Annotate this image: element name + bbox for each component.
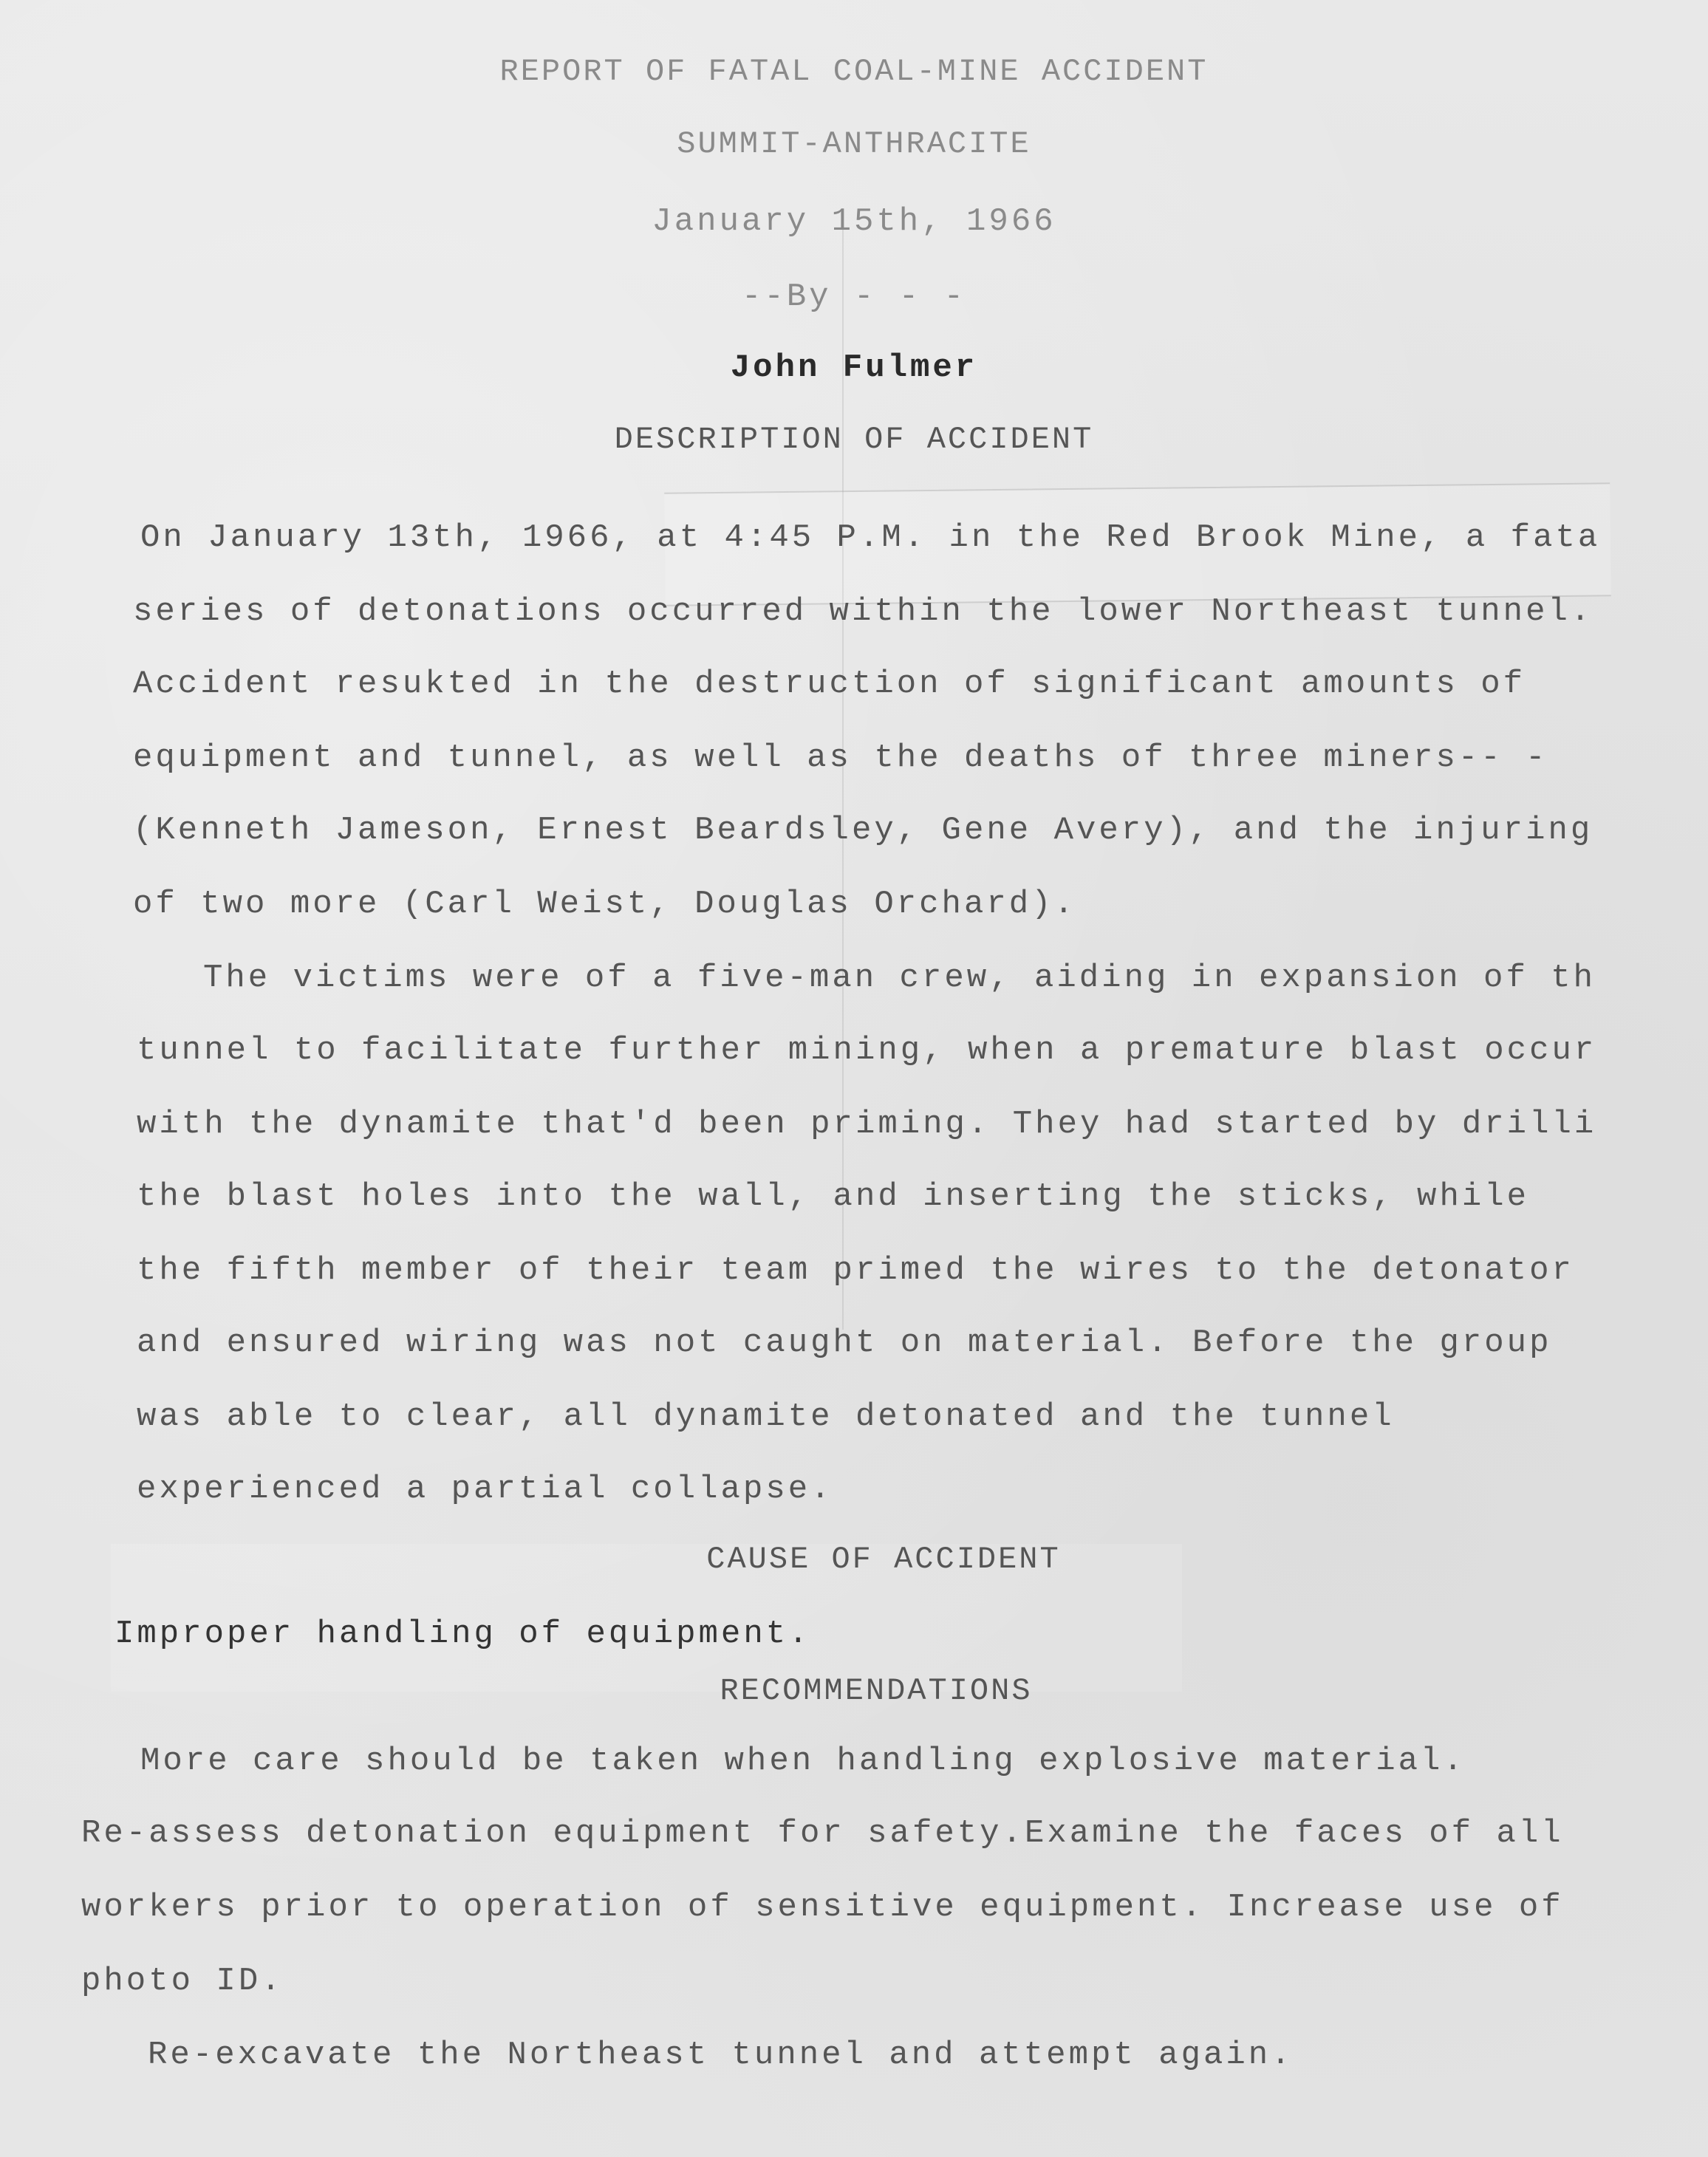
cause-text: Improper handling of equipment.	[115, 1618, 811, 1650]
company-name: SUMMIT-ANTHRACITE	[0, 129, 1708, 160]
body-line: Accident resukted in the destruction of …	[133, 668, 1526, 700]
body-line: tunnel to facilitate further mining, whe…	[137, 1034, 1596, 1067]
body-line: On January 13th, 1966, at 4:45 P.M. in t…	[140, 522, 1600, 554]
cause-heading: CAUSE OF ACCIDENT	[0, 1544, 1708, 1575]
recommendation-line: Re-excavate the Northeast tunnel and att…	[148, 2039, 1294, 2071]
report-date: January 15th, 1966	[0, 205, 1708, 238]
recommendations-heading: RECOMMENDATIONS	[0, 1675, 1708, 1706]
body-line: of two more (Carl Weist, Douglas Orchard…	[133, 888, 1076, 920]
body-line: the fifth member of their team primed th…	[137, 1254, 1574, 1287]
body-line: experienced a partial collapse.	[137, 1473, 833, 1505]
description-heading: DESCRIPTION OF ACCIDENT	[0, 424, 1708, 455]
body-line: series of detonations occurred within th…	[133, 595, 1593, 628]
body-line: equipment and tunnel, as well as the dea…	[133, 742, 1548, 774]
body-line: The victims were of a five-man crew, aid…	[203, 962, 1596, 994]
author-name: John Fulmer	[0, 352, 1708, 384]
recommendation-line: photo ID.	[81, 1965, 284, 1997]
body-line: and ensured wiring was not caught on mat…	[137, 1327, 1551, 1359]
recommendation-line: More care should be taken when handling …	[140, 1745, 1466, 1777]
recommendation-line: workers prior to operation of sensitive …	[81, 1891, 1564, 1924]
by-label: --By - - -	[0, 281, 1708, 313]
recommendation-line: Re-assess detonation equipment for safet…	[81, 1817, 1564, 1850]
body-line: (Kenneth Jameson, Ernest Beardsley, Gene…	[133, 814, 1593, 847]
report-title: REPORT OF FATAL COAL-MINE ACCIDENT	[0, 56, 1708, 87]
typewritten-report-page: REPORT OF FATAL COAL-MINE ACCIDENT SUMMI…	[0, 0, 1708, 2157]
body-line: the blast holes into the wall, and inser…	[137, 1180, 1529, 1213]
body-line: with the dynamite that'd been priming. T…	[137, 1108, 1596, 1141]
body-line: was able to clear, all dynamite detonate…	[137, 1401, 1395, 1433]
